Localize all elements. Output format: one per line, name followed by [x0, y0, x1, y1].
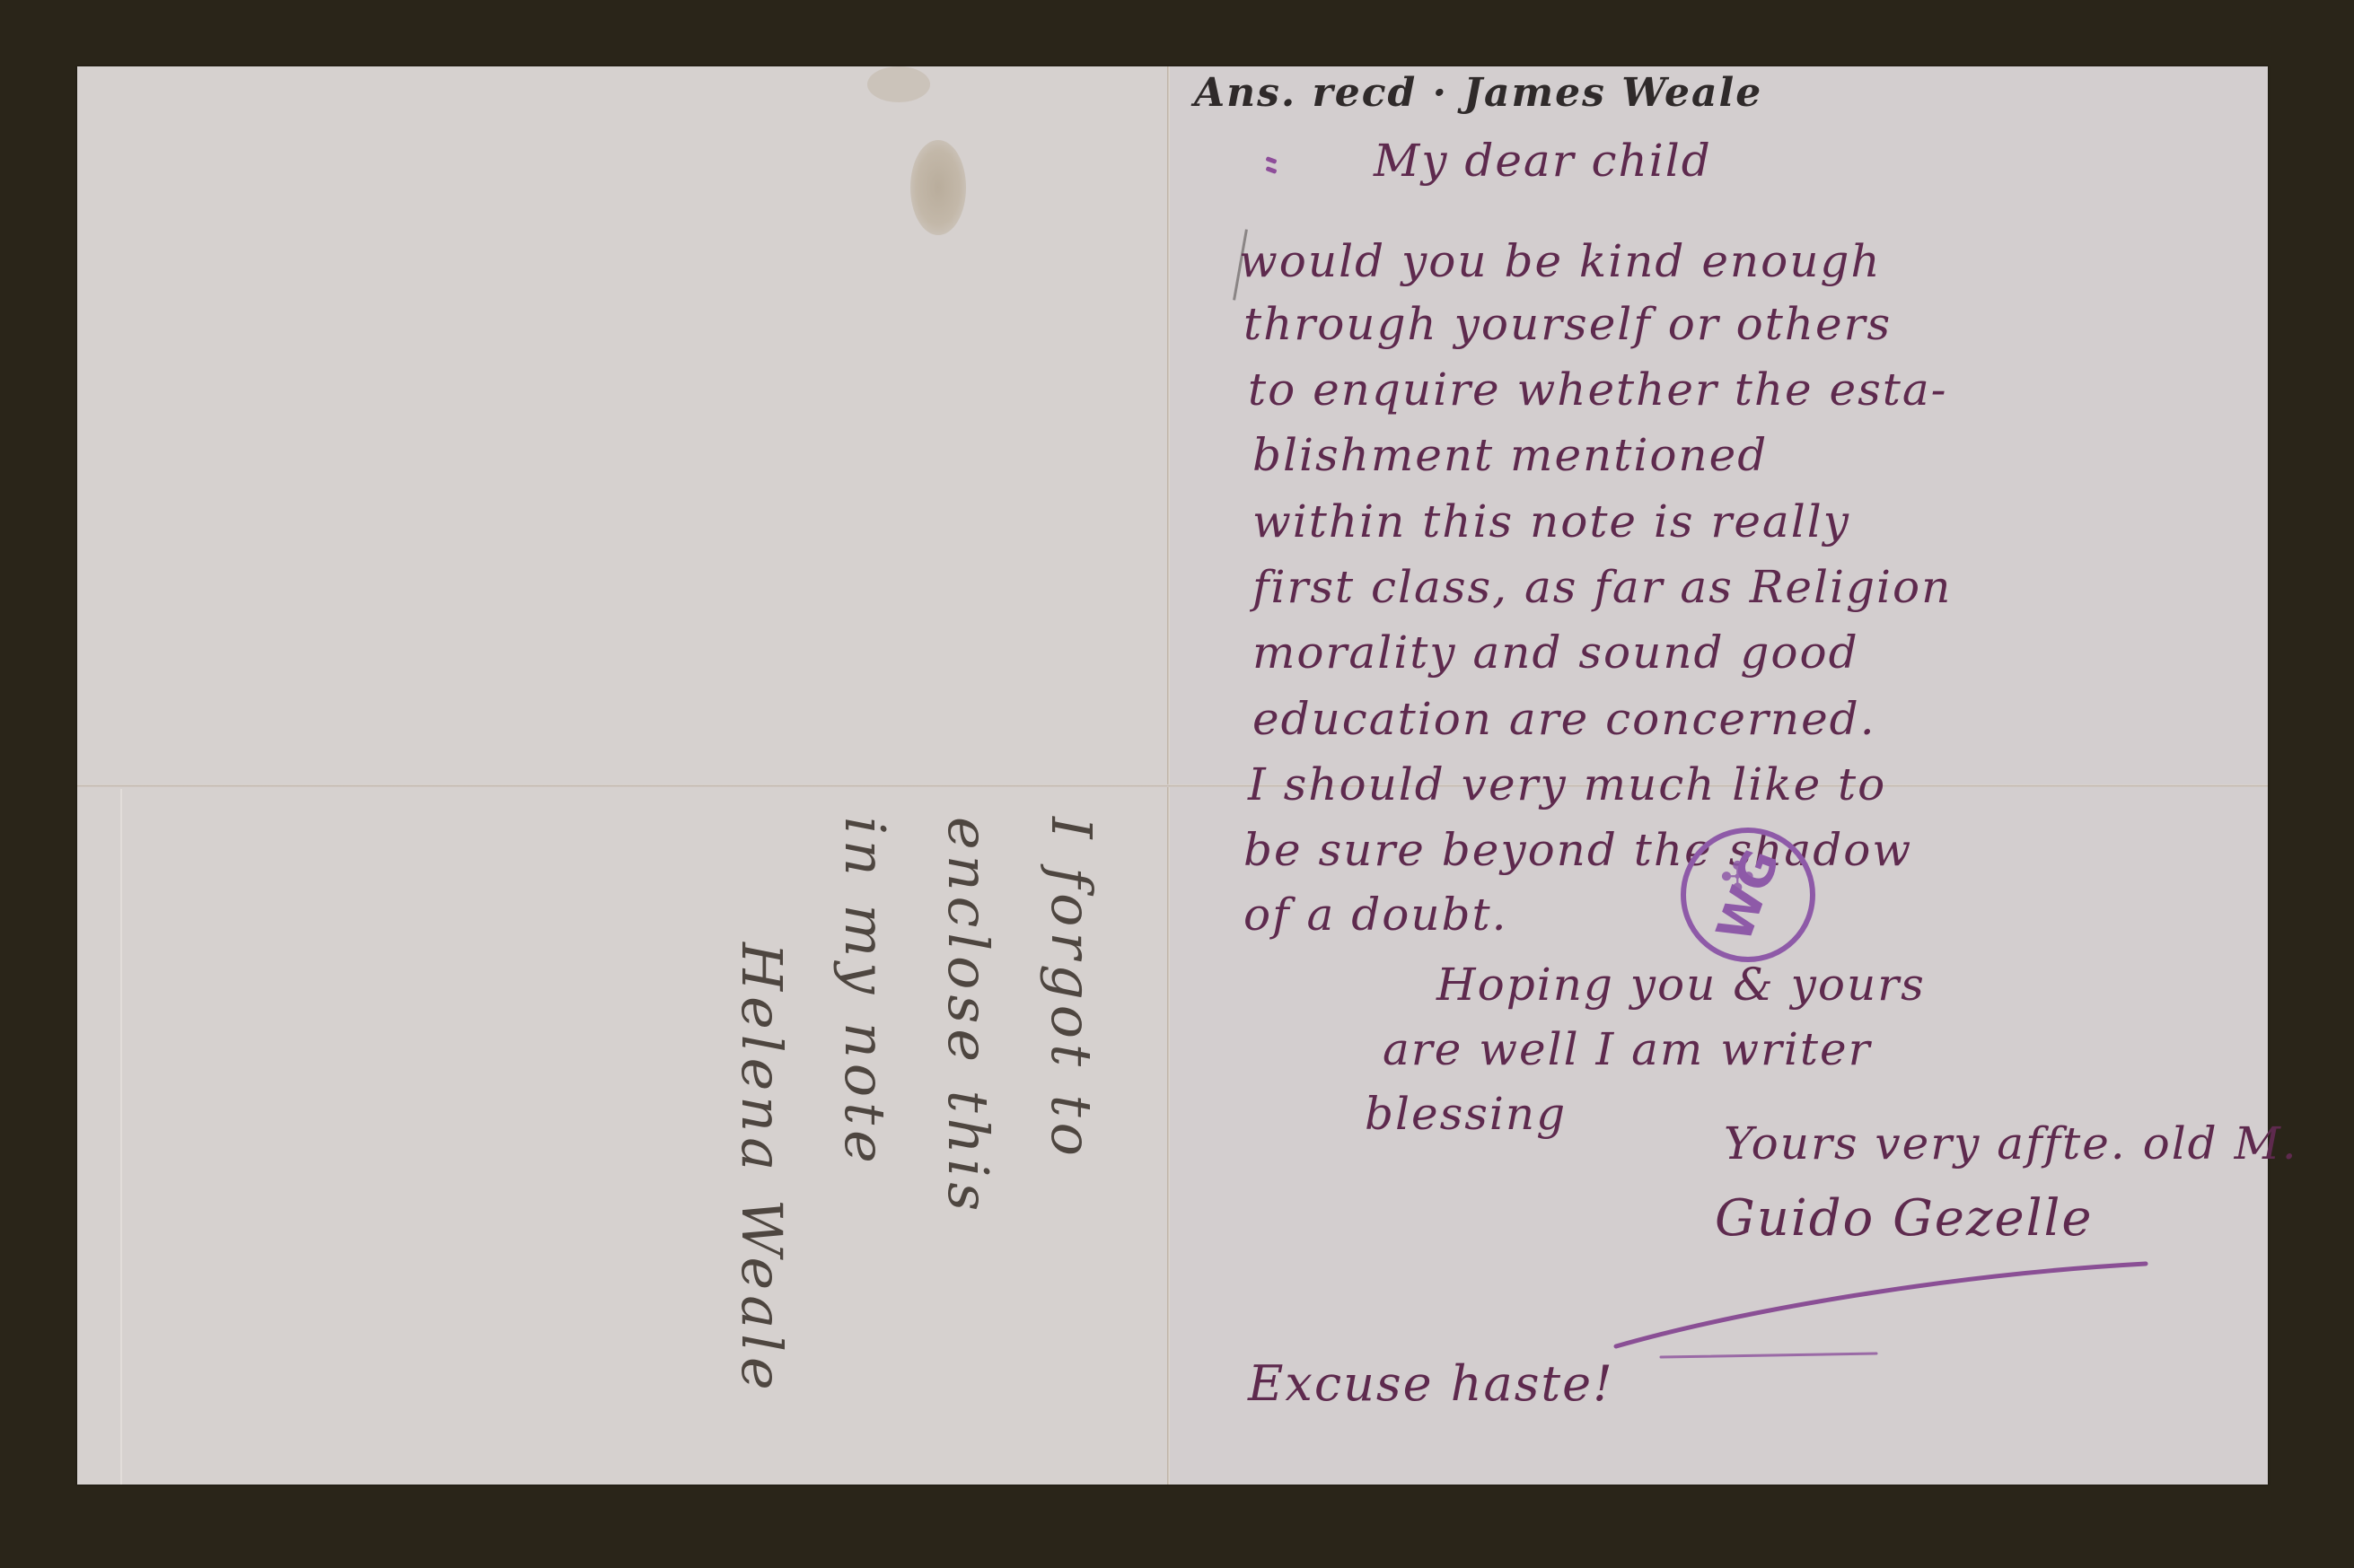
signature: Guido Gezelle: [1715, 1189, 2094, 1248]
horizontal-fold: [77, 784, 2268, 787]
body-line: through yourself or others: [1243, 298, 1892, 350]
closing-line: are well I am writer: [1383, 1023, 1872, 1075]
body-line: blishment mentioned: [1252, 429, 1768, 481]
rotated-note-line: I forgot to: [1039, 817, 1104, 1161]
rotated-note-signature: Helena Weale: [729, 942, 795, 1396]
ink-marks: [1266, 153, 1293, 206]
stamp-monogram: WG: [1706, 841, 1791, 948]
body-line: be sure beyond the shadow: [1243, 824, 1912, 876]
water-stain: [910, 140, 966, 235]
body-line: within this note is really: [1252, 495, 1850, 547]
rotated-note-line: enclose this: [935, 817, 1001, 1216]
left-crease: [120, 789, 122, 1485]
postscript: Excuse haste!: [1248, 1355, 1614, 1412]
body-line-underlined: morality and sound good: [1252, 626, 1859, 679]
stain-top: [867, 66, 930, 102]
rotated-postscript-note: I forgot to enclose this in my note Hele…: [575, 790, 1149, 1490]
body-line: of a doubt.: [1243, 889, 1508, 941]
signature-flourish: [1607, 1257, 2164, 1364]
vertical-fold: [1167, 66, 1170, 1485]
body-line: education are concerned.: [1252, 693, 1876, 745]
collection-stamp: ✣ WG: [1681, 828, 1815, 962]
valediction: Yours very affte. old M.: [1724, 1117, 2298, 1169]
rotated-note-line: in my note: [832, 817, 898, 1169]
closing-line: Hoping you & yours: [1436, 959, 1926, 1011]
body-line: I should very much like to: [1248, 758, 1886, 810]
closing-line: blessing: [1365, 1088, 1567, 1140]
body-line-underlined: first class, as far as Religion: [1252, 561, 1952, 613]
salutation: My dear child: [1374, 135, 1712, 187]
body-line: would you be kind enough: [1239, 235, 1882, 287]
archival-header: Ans. recd · James Weale: [1194, 70, 1762, 116]
body-line: to enquire whether the esta-: [1248, 364, 1948, 416]
